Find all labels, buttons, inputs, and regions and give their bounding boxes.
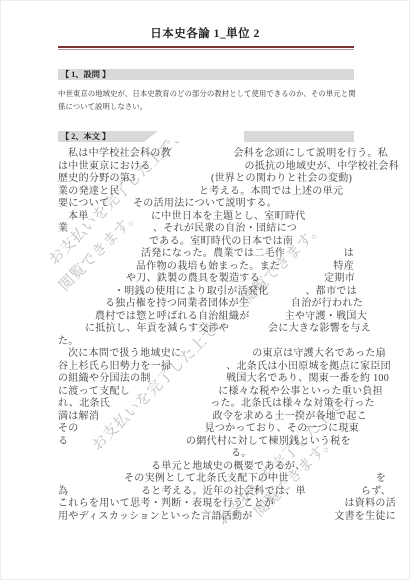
section1-heading-label: 【 1、設問 】	[61, 70, 110, 79]
body-line: に抵抗し、年貢を減らす交渉や会に大きな影響を与え	[1, 319, 410, 331]
section2-heading-bar-right	[244, 131, 354, 142]
body-line: 業の発達と民と考える。本問では上述の単元	[1, 182, 410, 194]
body-line: 要についてその活用法について説明する。	[1, 194, 410, 206]
body-line: は中世東京におけるの抵抗の地域史が、中学校社会科	[1, 157, 410, 169]
body-line: 業、それが民衆の自治・団結につ	[1, 219, 410, 231]
title-rule-thin	[58, 49, 354, 50]
body-line: その見つかっており、その一つに現東	[1, 419, 410, 431]
body-line: 為ると考える。近年の社会科では、単らず、	[1, 482, 410, 494]
body-line: や刀、鉄製の農具を製造する定期市	[1, 269, 410, 281]
body-line: に渡って支配しに様々な税や公事といった重い負担	[1, 382, 410, 394]
document-page: 日本史各論 1_単位 2 【 1、設問 】 中世東京の地域史が、日本史教育のどの…	[0, 0, 410, 580]
body-line: その実例として北条氏支配下の中世を	[1, 469, 410, 481]
body-line: 次に本問で扱う地域史にの東京は守護大名であった扇	[1, 344, 410, 356]
body-line: た。	[1, 332, 410, 344]
body-line: 活発になった。農業では二毛作は	[1, 244, 410, 256]
body-line: 本単に中世日本を主題とし、室町時代	[1, 207, 410, 219]
body-fragment-right: 文書を生徒に	[334, 507, 396, 522]
question-text-line2: 係について説明しなさい。	[58, 101, 358, 112]
body-line: る。	[1, 444, 410, 456]
body-line: 農村では惣と呼ばれる自治組織が主や守護・戦国大	[1, 307, 410, 319]
body-line: 歴史的分野の第3(世界との関わりと社会の変動)	[1, 169, 410, 181]
section1-heading-bar: 【 1、設問 】	[58, 69, 354, 80]
body-line: 私は中学校社会科の教会科を念頭にして説明を行う。私	[1, 144, 410, 156]
body-line: 満は解消政令を求める土一揆が各地で起こ	[1, 407, 410, 419]
body-line: るの網代村に対して棟別銭という税を	[1, 432, 410, 444]
body-line: 用やディスカッションといった言語活動が文書を生徒に	[1, 507, 410, 519]
body-line: 谷上杉氏ら旧勢力を一掃、北条氏は小田原城を拠点に家臣団	[1, 357, 410, 369]
body-line: 品作物の栽培も始まった。また特産	[1, 257, 410, 269]
body-line: る単元と地域史の概要であるが、	[1, 457, 410, 469]
body-line: である。室町時代の日本では南	[1, 232, 410, 244]
body-line: これらを用いて思考・判断・表現を行うことがは資料の活	[1, 494, 410, 506]
body-line: の組織や分国法の制戦国大名であり、関東一番を約 100	[1, 369, 410, 381]
body-line: れ、北条氏った。北条氏は様々な対策を行った	[1, 394, 410, 406]
title-rule-thick	[58, 46, 354, 48]
body-fragment-left: 用やディスカッションといった言語活動が	[58, 507, 253, 522]
body-line: る独占権を持つ同業者団体が生自治が行われた	[1, 294, 410, 306]
body-line: ・明銭の使用により取引が活発化、都市では	[1, 282, 410, 294]
section2-heading-label: 【 2、本文 】	[61, 132, 110, 141]
question-text-line1: 中世東京の地域史が、日本史教育のどの部分の教材として使用できるのか、その単元と関	[58, 88, 358, 99]
section2-heading-bar-left: 【 2、本文 】	[58, 131, 158, 142]
page-title: 日本史各論 1_単位 2	[1, 25, 409, 41]
